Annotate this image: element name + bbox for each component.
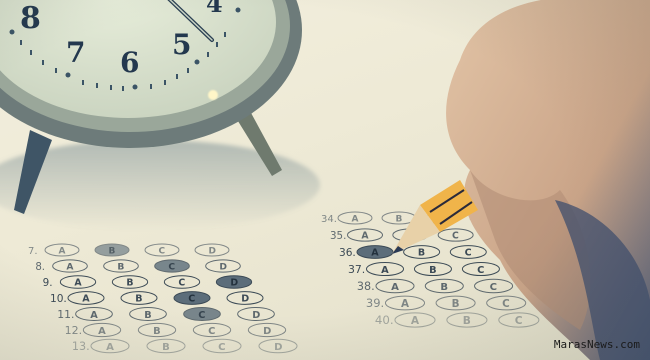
bubble-letter: A [401,298,409,310]
svg-text:5: 5 [172,28,191,61]
bubble-letter: B [135,294,142,305]
bubble-letter: C [198,310,205,321]
bubble-letter: B [109,247,116,257]
bubble-letter: A [381,265,389,276]
bubble-letter: A [66,262,74,273]
bubble-letter: B [452,298,460,310]
question-number: 40. [375,313,394,327]
bubble-letter: B [117,262,124,273]
bubble-letter: B [126,278,133,289]
svg-text:4: 4 [206,0,223,18]
bubble-letter: A [98,326,106,337]
watermark: MarasNews.com [554,338,640,351]
question-number: 9. [43,277,53,289]
bubble-letter: B [429,265,436,276]
question-number: 7. [28,246,38,257]
clock-glint [208,90,218,100]
question-number: 35. [330,230,346,242]
bubble-letter: A [371,248,379,259]
bubble-letter: C [477,265,484,276]
bubble-letter: C [452,231,459,242]
bubble-letter: B [396,215,403,225]
photo-illustration: 7.ABCD8.ABCD9.ABCD10.ABCD11.ABCD12.ABCD1… [0,0,650,360]
question-number: 38. [357,280,375,293]
bubble-letter: D [230,278,238,289]
pencil [392,180,478,254]
bubble-letter: D [241,294,249,305]
question-number: 36. [339,247,356,259]
bubble-letter: A [74,278,82,289]
bubble-letter: C [178,278,185,289]
question-number: 10. [50,293,67,305]
bubble-letter: D [219,262,227,273]
bubble-letter: B [418,248,425,259]
question-number: 11. [57,308,74,321]
bubble-letter: C [159,247,166,257]
bubble-letter: C [218,342,225,353]
bubble-letter: A [59,247,66,257]
question-number: 12. [65,324,83,337]
bubble-letter: B [162,342,170,353]
bubble-letter: D [263,326,271,337]
bubble-letter: A [391,282,399,293]
answer-sheet-left-column: 7.ABCD8.ABCD9.ABCD10.ABCD11.ABCD12.ABCD1… [28,244,297,353]
bubble-letter: D [252,310,260,321]
bubble-letter: C [502,298,510,310]
bubble-letter: A [82,294,90,305]
bubble-letter: A [361,231,369,242]
question-number: 37. [348,263,365,276]
bubble-letter: C [465,248,472,259]
bubble-letter: B [463,314,471,327]
bubble-letter: C [208,326,215,337]
question-number: 34. [321,214,337,225]
question-number: 8. [35,262,45,273]
bubble-letter: C [188,294,195,305]
bubble-letter: B [144,310,151,321]
bubble-letter: A [352,215,359,225]
svg-text:8: 8 [20,1,41,36]
bubble-letter: A [90,310,98,321]
svg-text:6: 6 [120,46,139,79]
bubble-letter: C [515,314,523,327]
bubble-letter: D [274,342,282,353]
question-number: 13. [72,340,90,353]
bubble-letter: A [106,342,114,353]
bubble-letter: D [209,247,216,257]
bubble-letter: C [168,262,175,273]
bubble-letter: C [490,282,497,293]
bubble-letter: B [153,326,161,337]
photo-scene: 7.ABCD8.ABCD9.ABCD10.ABCD11.ABCD12.ABCD1… [0,0,650,360]
svg-text:7: 7 [66,36,85,69]
question-number: 39. [366,296,384,310]
bubble-letter: B [440,282,448,293]
bubble-letter: A [411,314,420,327]
